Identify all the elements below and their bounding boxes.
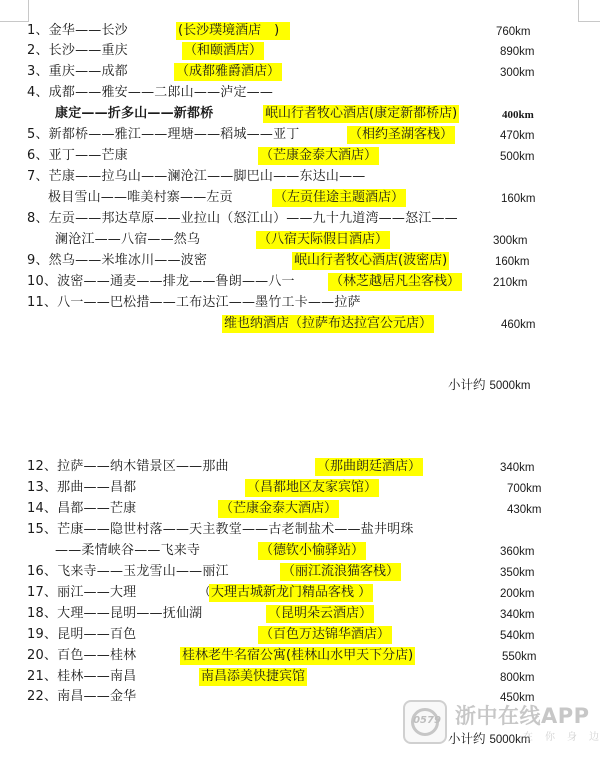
route-text: 3、重庆——成都 xyxy=(27,63,128,81)
watermark: 0579 浙中在线APP 在你身边 xyxy=(403,700,600,750)
route-text-continued: 澜沧江——八宿——然乌 xyxy=(55,231,200,249)
page-corner-mark-right xyxy=(578,0,600,22)
route-text-continued: 康定——折多山——新都桥 xyxy=(55,105,213,123)
route-text: 14、昌都——芒康 xyxy=(27,500,136,518)
hotel-highlight: 岷山行者牧心酒店(康定新都桥店) xyxy=(263,105,459,123)
hotel-highlight: （林芝越居凡尘客栈） xyxy=(328,273,462,291)
document-page: 1、金华——长沙 (长沙璞境酒店 ) 760km 2、长沙——重庆 （和颐酒店）… xyxy=(0,0,600,762)
watermark-title: 浙中在线APP xyxy=(455,700,590,730)
hotel-highlight: （成都雅爵酒店） xyxy=(174,63,282,81)
distance: 160km xyxy=(495,253,530,271)
route-text: 16、飞来寺——玉龙雪山——丽江 xyxy=(27,563,229,581)
subtotal-label: 小计约 xyxy=(448,377,486,392)
route-text: 2、长沙——重庆 xyxy=(27,42,128,60)
distance: 550km xyxy=(502,648,537,666)
subtotal-value: 5000km xyxy=(490,380,531,392)
hotel-highlight: （芒康金泰大酒店） xyxy=(258,147,379,165)
route-text: 4、成都——雅安——二郎山——泸定—— xyxy=(27,84,273,102)
route-text: 1、金华——长沙 xyxy=(27,22,128,40)
hotel-highlight: （和颐酒店） xyxy=(182,42,264,60)
route-text: 22、南昌——金华 xyxy=(27,688,136,706)
distance: 300km xyxy=(500,64,535,82)
distance: 360km xyxy=(500,543,535,561)
hotel-highlight: （昆明朵云酒店） xyxy=(266,605,374,623)
distance: 800km xyxy=(500,669,535,687)
route-text: 20、百色——桂林 xyxy=(27,647,136,665)
route-text: 6、亚丁——芒康 xyxy=(27,147,128,165)
route-text: 5、新都桥——雅江——理塘——稻城——亚丁 xyxy=(27,126,299,144)
route-text: 11、八一——巴松措——工布达江——墨竹工卡——拉萨 xyxy=(27,294,361,312)
route-text: 18、大理——昆明——抚仙湖 xyxy=(27,605,202,623)
distance: 540km xyxy=(500,627,535,645)
distance: 460km xyxy=(501,316,536,334)
distance: 340km xyxy=(500,459,535,477)
distance: 500km xyxy=(500,148,535,166)
hotel-highlight: （丽江流浪猫客栈） xyxy=(280,563,401,581)
distance: 210km xyxy=(493,274,528,292)
distance: 700km xyxy=(507,480,542,498)
distance: 300km xyxy=(493,232,528,250)
hotel-highlight: 维也纳酒店（拉萨布达拉宫公元店） xyxy=(222,315,434,333)
hotel-highlight: 桂林老牛名宿公寓(桂林山水甲天下分店) xyxy=(180,647,415,665)
hotel-highlight: 大理古城新龙门精品客栈 ） xyxy=(209,584,373,602)
route-text-continued: 极目雪山——唯美村寨——左贡 xyxy=(48,189,233,207)
route-text: 10、波密——通麦——排龙——鲁朗——八一 xyxy=(27,273,295,291)
distance: 430km xyxy=(507,501,542,519)
page-corner-mark-left xyxy=(0,0,29,22)
distance: 760km xyxy=(496,23,531,41)
hotel-highlight: （德钦小愉驿站） xyxy=(258,542,366,560)
route-text: 8、左贡——邦达草原——业拉山（怒江山）——九十九道湾——怒江—— xyxy=(27,210,458,228)
distance: 350km xyxy=(500,564,535,582)
route-text: 12、拉萨——纳木错景区——那曲 xyxy=(27,458,229,476)
route-text: 13、那曲——昌都 xyxy=(27,479,136,497)
distance: 890km xyxy=(500,43,535,61)
route-text: 19、昆明——百色 xyxy=(27,626,136,644)
watermark-subtitle: 在你身边 xyxy=(523,728,600,743)
subtotal: 小计约 5000km xyxy=(448,376,530,395)
hotel-highlight: 岷山行者牧心酒店(波密店) xyxy=(292,252,449,270)
route-text: 21、桂林——南昌 xyxy=(27,668,136,686)
logo-text: 0579 xyxy=(407,715,447,726)
hotel-highlight: （八宿天际假日酒店） xyxy=(256,231,390,249)
distance: 160km xyxy=(501,190,536,208)
distance: 200km xyxy=(500,585,535,603)
hotel-highlight: （芒康金泰大酒店） xyxy=(218,500,339,518)
distance: 340km xyxy=(500,606,535,624)
route-text: 15、芒康——隐世村落——天主教堂——古老制盐术——盐井明珠 xyxy=(27,521,414,539)
hotel-highlight: （左贡佳途主题酒店） xyxy=(272,189,406,207)
route-text: 9、然乌——米堆冰川——波密 xyxy=(27,252,207,270)
hotel-highlight: （百色万达锦华酒店） xyxy=(258,626,392,644)
route-text: 7、芒康——拉乌山——澜沧江——脚巴山——东达山—— xyxy=(27,168,365,186)
watermark-logo-icon: 0579 xyxy=(403,700,447,744)
route-text-continued: ——柔情峡谷——飞来寺 xyxy=(55,542,200,560)
hotel-highlight: （相约圣湖客栈） xyxy=(347,126,455,144)
hotel-highlight: （那曲朗廷酒店） xyxy=(315,458,423,476)
distance: 400km xyxy=(502,106,534,124)
hotel-highlight: 南昌添美快捷宾馆 xyxy=(199,668,307,686)
route-text: 17、丽江——大理 xyxy=(27,584,136,602)
hotel-highlight: (长沙璞境酒店 ) xyxy=(176,22,290,40)
distance: 470km xyxy=(500,127,535,145)
hotel-highlight: （昌都地区友家宾馆） xyxy=(245,479,379,497)
